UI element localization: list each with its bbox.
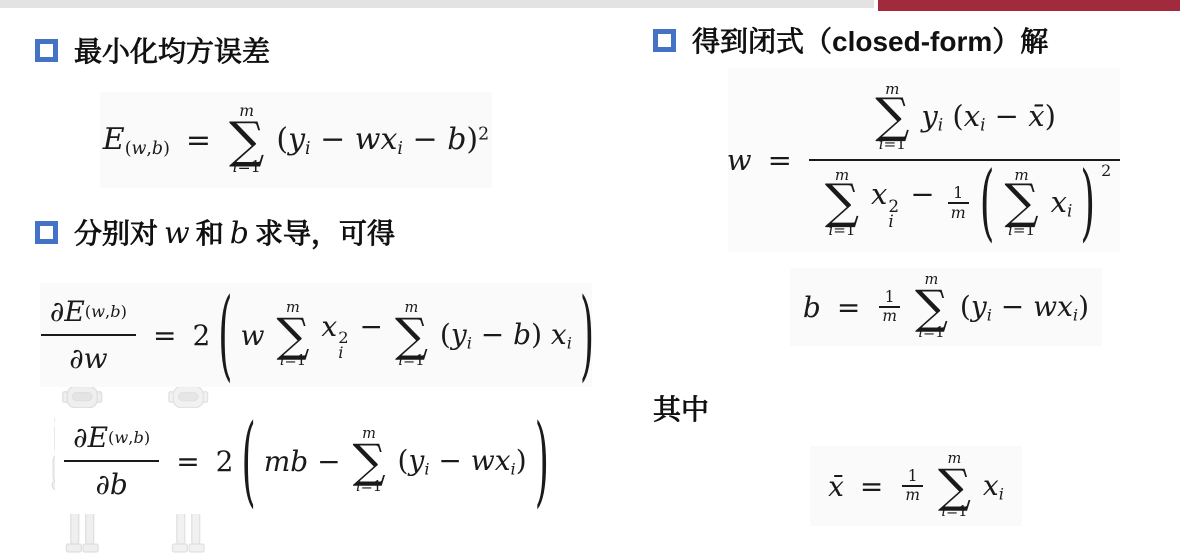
math-term: mb −: [264, 445, 341, 478]
sigma-icon: ∑: [395, 317, 428, 353]
math-term: yi (xi − x̄): [921, 99, 1056, 135]
paren-exponent: 2: [1101, 161, 1111, 180]
close-paren: ): [580, 275, 594, 391]
heading-text: 得到闭式（closed-form）解: [692, 20, 1048, 60]
math-body: (yi − wxi − b)2: [276, 122, 489, 159]
sigma-icon: ∑: [276, 317, 309, 353]
heading-text: 最小化均方误差: [74, 30, 270, 70]
fraction-denominator: m: [948, 204, 969, 222]
math-lhs: E(w,b): [103, 122, 170, 159]
fraction-denominator: m ∑ i=1 x2i − 1 m ( m ∑ i=1 xi ) 2: [809, 161, 1120, 239]
equals-sign: =: [153, 319, 176, 352]
sigma-icon: ∑: [353, 443, 386, 479]
equals-sign: =: [176, 445, 199, 478]
equals-sign: =: [837, 291, 860, 324]
sum-lower-limit: i=1: [398, 353, 424, 370]
summation: m ∑ i=1: [875, 81, 909, 153]
heading-text-pre: 分别对: [74, 218, 158, 249]
open-paren: (: [980, 154, 995, 251]
heading-text: 其中: [653, 388, 709, 428]
fraction-denominator: m: [902, 487, 923, 505]
fraction-numerator: 1: [882, 289, 898, 307]
formula-mse: E(w,b) = m ∑ i=1 (yi − wxi − b)2: [100, 92, 492, 188]
formula-x-bar: x̄ = 1 m m ∑ i=1 xi: [810, 446, 1022, 526]
summation: m ∑ i=1: [938, 451, 971, 521]
heading-text: 分别对w和b求导，可得: [74, 212, 395, 252]
equals-sign: =: [768, 143, 792, 177]
math-body: xi: [983, 469, 1004, 504]
sum-lower-limit: i=1: [280, 353, 306, 370]
var-b: b: [230, 216, 249, 251]
open-paren: (: [218, 275, 232, 391]
sigma-icon: ∑: [825, 184, 859, 221]
formula-w-closed-form: w = m ∑ i=1 yi (xi − x̄) m ∑ i=1 x2i −: [728, 68, 1120, 252]
coefficient: 2: [216, 445, 234, 478]
var-w: w: [164, 216, 190, 251]
math-term: (yi − wxi): [398, 444, 527, 479]
sum-lower-limit: i=1: [879, 136, 906, 153]
inline-fraction: 1 m: [948, 184, 969, 222]
sigma-icon: ∑: [915, 289, 948, 325]
formula-b-closed-form: b = 1 m m ∑ i=1 (yi − wxi): [790, 268, 1102, 346]
inline-fraction: 1 m: [902, 468, 923, 505]
sigma-icon: ∑: [229, 121, 264, 160]
sum-lower-limit: i=1: [356, 479, 382, 496]
fraction-denominator: m: [879, 308, 900, 326]
fraction: ∂E(w,b) ∂w: [41, 295, 136, 375]
fraction: ∂E(w,b) ∂b: [64, 421, 159, 501]
summation: m ∑ i=1: [353, 426, 386, 496]
math-body: (yi − wxi): [960, 290, 1089, 325]
math-term: xi: [1051, 185, 1073, 221]
formula-dEdb: ∂E(w,b) ∂b = 2 ( mb − m ∑ i=1 (yi − wxi)…: [55, 408, 555, 514]
math-term: x2i −: [321, 310, 383, 361]
summation: m ∑ i=1: [1004, 167, 1038, 239]
top-red-accent-bar: [878, 0, 1180, 11]
close-paren: ): [535, 401, 549, 517]
sum-lower-limit: i=1: [233, 159, 261, 177]
summation: m ∑ i=1: [276, 300, 309, 370]
math-lhs: x̄: [828, 470, 844, 503]
sigma-icon: ∑: [875, 98, 909, 135]
fraction: m ∑ i=1 yi (xi − x̄) m ∑ i=1 x2i − 1 m: [809, 81, 1120, 239]
math-term: (yi − b) xi: [440, 318, 572, 353]
summation: m ∑ i=1: [915, 272, 948, 342]
math-lhs: b: [803, 291, 821, 324]
heading-derivatives: 分别对w和b求导，可得: [35, 212, 395, 252]
square-bullet-icon: [653, 29, 676, 52]
equals-sign: =: [186, 123, 211, 158]
summation: m ∑ i=1: [825, 167, 859, 239]
heading-closed-form: 得到闭式（closed-form）解: [653, 20, 1048, 60]
top-gray-bar: [0, 0, 874, 8]
equals-sign: =: [860, 470, 883, 503]
coefficient: 2: [192, 319, 210, 352]
math-lhs: w: [727, 143, 752, 177]
fraction-denominator: ∂b: [86, 462, 136, 501]
heading-text-post: 求导，可得: [255, 218, 395, 249]
sigma-icon: ∑: [1004, 184, 1038, 221]
inline-fraction: 1 m: [879, 289, 900, 326]
sum-lower-limit: i=1: [918, 325, 944, 342]
heading-where: 其中: [653, 388, 709, 428]
square-bullet-icon: [35, 39, 58, 62]
heading-minimize-mse: 最小化均方误差: [35, 30, 270, 70]
sum-lower-limit: i=1: [828, 222, 855, 239]
heading-text-mid: 和: [196, 218, 224, 249]
fraction-numerator: ∂E(w,b): [64, 421, 159, 460]
sigma-icon: ∑: [938, 468, 971, 504]
sum-lower-limit: i=1: [1008, 222, 1035, 239]
summation: m ∑ i=1: [229, 103, 264, 177]
fraction-denominator: ∂w: [60, 336, 116, 375]
fraction-numerator: 1: [905, 468, 921, 486]
close-paren: ): [1080, 154, 1095, 251]
fraction-numerator: ∂E(w,b): [41, 295, 136, 334]
fraction-numerator: m ∑ i=1 yi (xi − x̄): [859, 81, 1070, 159]
open-paren: (: [242, 401, 256, 517]
fraction-numerator: 1: [950, 184, 966, 202]
math-term: x2i −: [871, 177, 935, 229]
math-term: w: [240, 319, 264, 352]
formula-dEdw: ∂E(w,b) ∂w = 2 ( w m ∑ i=1 x2i − m ∑ i=1…: [40, 283, 592, 387]
square-bullet-icon: [35, 221, 58, 244]
sum-lower-limit: i=1: [941, 504, 967, 521]
slide-canvas: 最小化均方误差 E(w,b) = m ∑ i=1 (yi − wxi − b)2…: [0, 0, 1180, 559]
summation: m ∑ i=1: [395, 300, 428, 370]
